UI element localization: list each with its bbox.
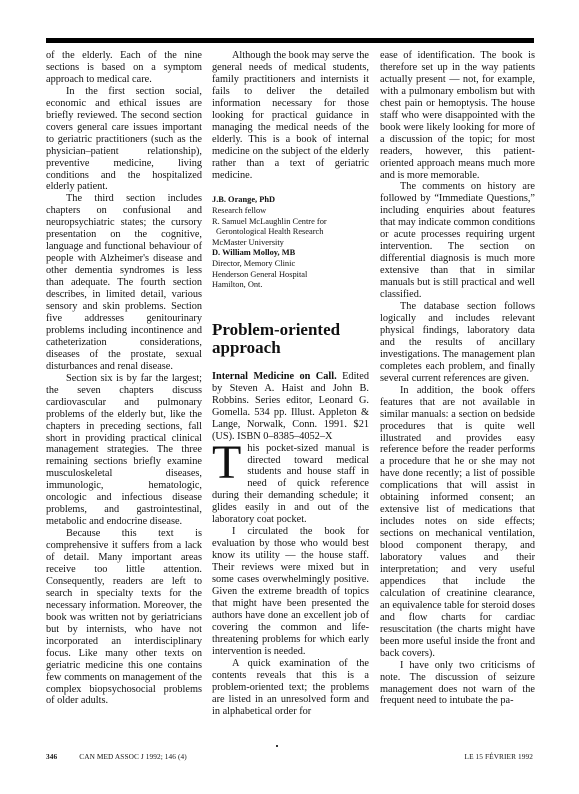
author-affiliation: Director, Memory Clinic [212,259,369,270]
column-2: Although the book may serve the general … [212,50,369,717]
journal-citation: CAN MED ASSOC J 1992; 146 (4) [79,752,187,761]
paragraph: In addition, the book offers features th… [380,385,535,660]
reviewer-byline: J.B. Orange, PhD Research fellow R. Samu… [212,195,369,290]
top-rule [46,38,534,43]
column-3: ease of identification. The book is ther… [380,50,535,707]
paragraph: The comments on history are followed by … [380,181,535,301]
paragraph: The database section follows logically a… [380,301,535,385]
author-affiliation: Hamilton, Ont. [212,280,369,291]
book-citation: Internal Medicine on Call. Edited by Ste… [212,371,369,443]
paragraph: I circulated the book for evaluation by … [212,526,369,657]
author-affiliation: Henderson General Hospital [212,270,369,281]
drop-cap: T [212,445,241,479]
review-title: Problem-oriented approach [212,321,369,357]
author-affiliation: McMaster University [212,238,369,249]
paragraph: Although the book may serve the general … [212,50,369,181]
print-speck [276,745,278,747]
column-1: of the elderly. Each of the nine section… [46,50,202,707]
author-name: D. William Molloy, MB [212,248,369,259]
paragraph: A quick examination of the contents reve… [212,658,369,718]
author-name: J.B. Orange, PhD [212,195,369,206]
paragraph: Section six is by far the largest; the s… [46,373,202,528]
paragraph: Because this text is comprehensive it su… [46,528,202,707]
paragraph: I have only two criticisms of note. The … [380,660,535,708]
author-affiliation: R. Samuel McLaughlin Centre for [212,217,369,228]
footer-date: LE 15 FÉVRIER 1992 [465,752,533,761]
author-affiliation: Gerontological Health Research [212,227,369,238]
page-number: 346 [46,752,57,761]
paragraph: The third section includes chapters on c… [46,193,202,372]
paragraph: This pocket-sized manual is directed tow… [212,443,369,527]
author-affiliation: Research fellow [212,206,369,217]
paragraph: In the first section social, economic an… [46,86,202,194]
book-title: Internal Medicine on Call. [212,371,337,382]
footer-left: 346CAN MED ASSOC J 1992; 146 (4) [46,752,187,761]
paragraph: ease of identification. The book is ther… [380,50,535,181]
paragraph: of the elderly. Each of the nine section… [46,50,202,86]
